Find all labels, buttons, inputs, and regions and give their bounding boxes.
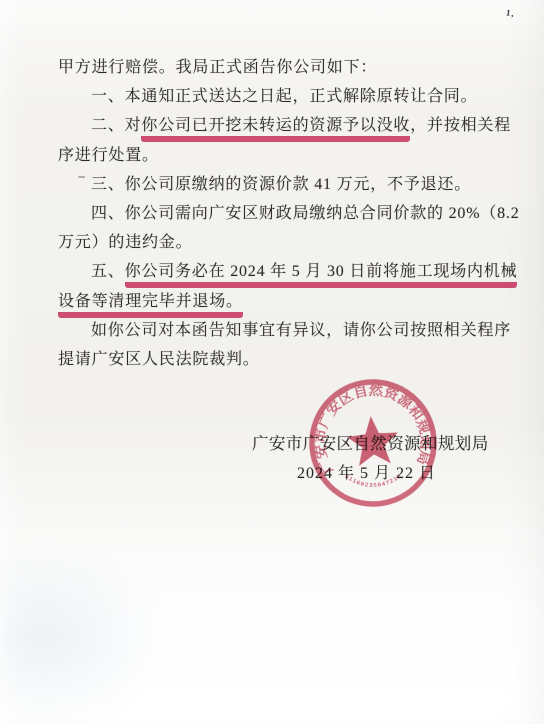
text-segment: 万元）的违约金。 bbox=[58, 234, 192, 251]
text-segment: 四、你公司需向广安区财政局缴纳总合同价款的 20%（8.2 bbox=[91, 205, 520, 222]
document-line: 一、本通知正式送达之日起，正式解除原转让合同。 bbox=[58, 82, 478, 111]
document-line: 五、你公司务必在 2024 年 5 月 30 日前将施工现场内机械 bbox=[58, 257, 478, 286]
document-line: 三、你公司原缴纳的资源价款 41 万元，不予退还。 bbox=[58, 170, 478, 199]
seal-serial-number: 51160235047212 bbox=[343, 469, 404, 492]
seal-star-icon bbox=[345, 414, 400, 467]
document-line: 四、你公司需向广安区财政局缴纳总合同价款的 20%（8.2 bbox=[58, 199, 478, 228]
text-segment: 如你公司对本函告知事宜有异议，请你公司按照相关程序 bbox=[91, 322, 511, 339]
text-segment: 序进行处置。 bbox=[58, 147, 159, 164]
scan-artifact-mark: 1, bbox=[505, 7, 515, 18]
document-line: 甲方进行赔偿。我局正式函告你公司如下： bbox=[58, 53, 478, 82]
scanned-document-page: 1, 甲方进行赔偿。我局正式函告你公司如下：一、本通知正式送达之日起，正式解除原… bbox=[0, 0, 544, 724]
document-line: 提请广安区人民法院裁判。 bbox=[58, 345, 478, 374]
text-segment: ，并按相关程 bbox=[410, 117, 511, 134]
document-body: 甲方进行赔偿。我局正式函告你公司如下：一、本通知正式送达之日起，正式解除原转让合… bbox=[58, 53, 478, 374]
document-line: 序进行处置。 bbox=[58, 141, 478, 170]
underlined-text-segment: 你公司务必在 2024 年 5 月 30 日前将施工现场内机械 bbox=[125, 263, 518, 288]
text-segment: 三、你公司原缴纳的资源价款 41 万元，不予退还。 bbox=[91, 176, 471, 193]
text-segment: 提请广安区人民法院裁判。 bbox=[58, 351, 260, 368]
text-segment: 甲方进行赔偿。我局正式函告你公司如下： bbox=[58, 59, 377, 76]
document-line: 设备等清理完毕并退场。 bbox=[58, 287, 478, 316]
text-segment: 一、本通知正式送达之日起，正式解除原转让合同。 bbox=[91, 88, 477, 105]
text-segment: 二、对 bbox=[91, 117, 141, 134]
text-segment: 五、 bbox=[91, 263, 125, 280]
document-line: 二、对你公司已开挖未转运的资源予以没收，并按相关程 bbox=[58, 111, 478, 140]
document-line: 万元）的违约金。 bbox=[58, 228, 478, 257]
official-seal: 广安市广安区自然资源和规划局 51160235047212 bbox=[300, 370, 445, 515]
document-line: 如你公司对本函告知事宜有异议，请你公司按照相关程序 bbox=[58, 316, 478, 345]
underlined-text-segment: 你公司已开挖未转运的资源予以没收 bbox=[141, 117, 410, 142]
underlined-text-segment: 设备等清理完毕并退场。 bbox=[58, 293, 243, 318]
